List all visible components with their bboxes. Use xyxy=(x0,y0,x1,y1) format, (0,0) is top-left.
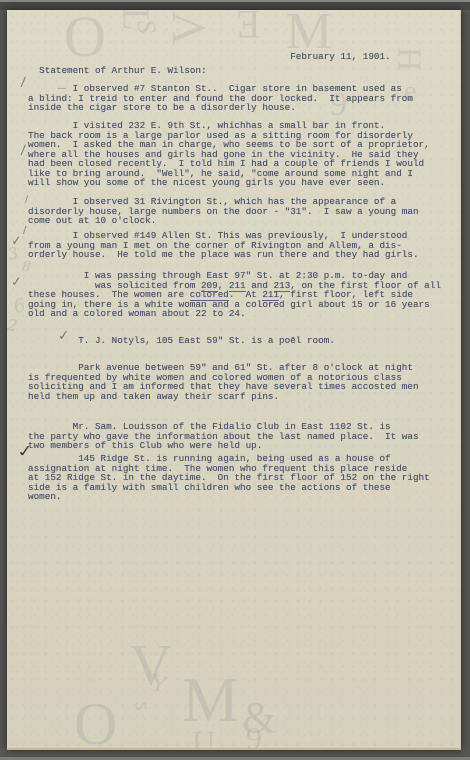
paragraph-east-97th-st: I was passing through East 97" St. at 2:… xyxy=(28,271,441,319)
paragraph-pool-room: T. J. Notyls, 105 East 59" St. is a poēl… xyxy=(28,336,335,346)
ghost-letter: H xyxy=(391,47,425,72)
ghost-letter: 9 xyxy=(246,722,262,750)
text-line: old and a colored woman about 22 to 24. xyxy=(28,309,441,319)
ghost-letter: M xyxy=(182,668,239,732)
text-line: women. xyxy=(28,492,430,502)
pencil-check-mark: ✓ xyxy=(10,234,22,248)
text-line: side is a family with small children who… xyxy=(28,483,430,493)
text-line: two members of this Club who were held u… xyxy=(28,441,419,451)
ghost-letter: s xyxy=(131,701,155,710)
text-line: come out at 10 o'clock. xyxy=(28,216,419,226)
statement-heading: Statement of Arthur E. Wilson: xyxy=(28,66,207,76)
pencil-tick-mark: / xyxy=(20,144,26,157)
text-line: T. J. Notyls, 105 East 59" St. is a poēl… xyxy=(28,336,335,346)
paragraph-fidalio-club: Mr. Sam. Louisson of the Fidalio Club in… xyxy=(28,422,419,451)
paper-page: O L S V E M 9 H e V Y O M & s 9 U 3 8 6 … xyxy=(7,10,461,750)
text-line: will show you some of the nicest young g… xyxy=(28,178,430,188)
pencil-check-mark: ✓ xyxy=(11,276,23,290)
paragraph-31-rivington: I observed 31 Rivington St., which has t… xyxy=(28,197,419,226)
mount-edge-top-shade xyxy=(0,2,470,10)
paragraph-stanton-st: I observed #7 Stanton St.. Cigar store i… xyxy=(28,84,413,113)
pencil-tick-mark: / xyxy=(23,226,26,236)
text-line: orderly house. He told me the place was … xyxy=(28,250,419,260)
ghost-letter: O xyxy=(74,694,117,750)
ghost-letter: E xyxy=(236,10,260,44)
pencil-scribble: 6 xyxy=(11,297,27,318)
paragraph-232-e-9th-st: I visited 232 E. 9th St., whichhas a sma… xyxy=(28,121,430,188)
ghost-letter: S xyxy=(133,20,159,34)
text-line: inside the cigar store to be a disorderl… xyxy=(28,103,413,113)
text-line: Statement of Arthur E. Wilson: xyxy=(28,66,207,76)
pencil-scribble: 2 xyxy=(7,317,18,335)
ghost-letter: V xyxy=(165,11,213,46)
document-scan: O L S V E M 9 H e V Y O M & s 9 U 3 8 6 … xyxy=(0,0,470,760)
text-line: held them up and taken away their scarf … xyxy=(28,392,419,402)
paragraph-park-avenue: Park avenue between 59" and 61" St. afte… xyxy=(28,363,419,401)
paragraph-149-allen-st: I observed #149 Allen St. This was previ… xyxy=(28,231,419,260)
mount-edge-top-highlight xyxy=(0,0,470,2)
pencil-tick-mark: / xyxy=(20,76,26,89)
date-line: February 11, 1901. xyxy=(28,52,391,62)
ghost-letter: U xyxy=(192,726,215,750)
text-line: February 11, 1901. xyxy=(28,52,391,62)
paragraph-145-ridge-st: 145 Ridge St. is running again, being us… xyxy=(28,454,430,502)
